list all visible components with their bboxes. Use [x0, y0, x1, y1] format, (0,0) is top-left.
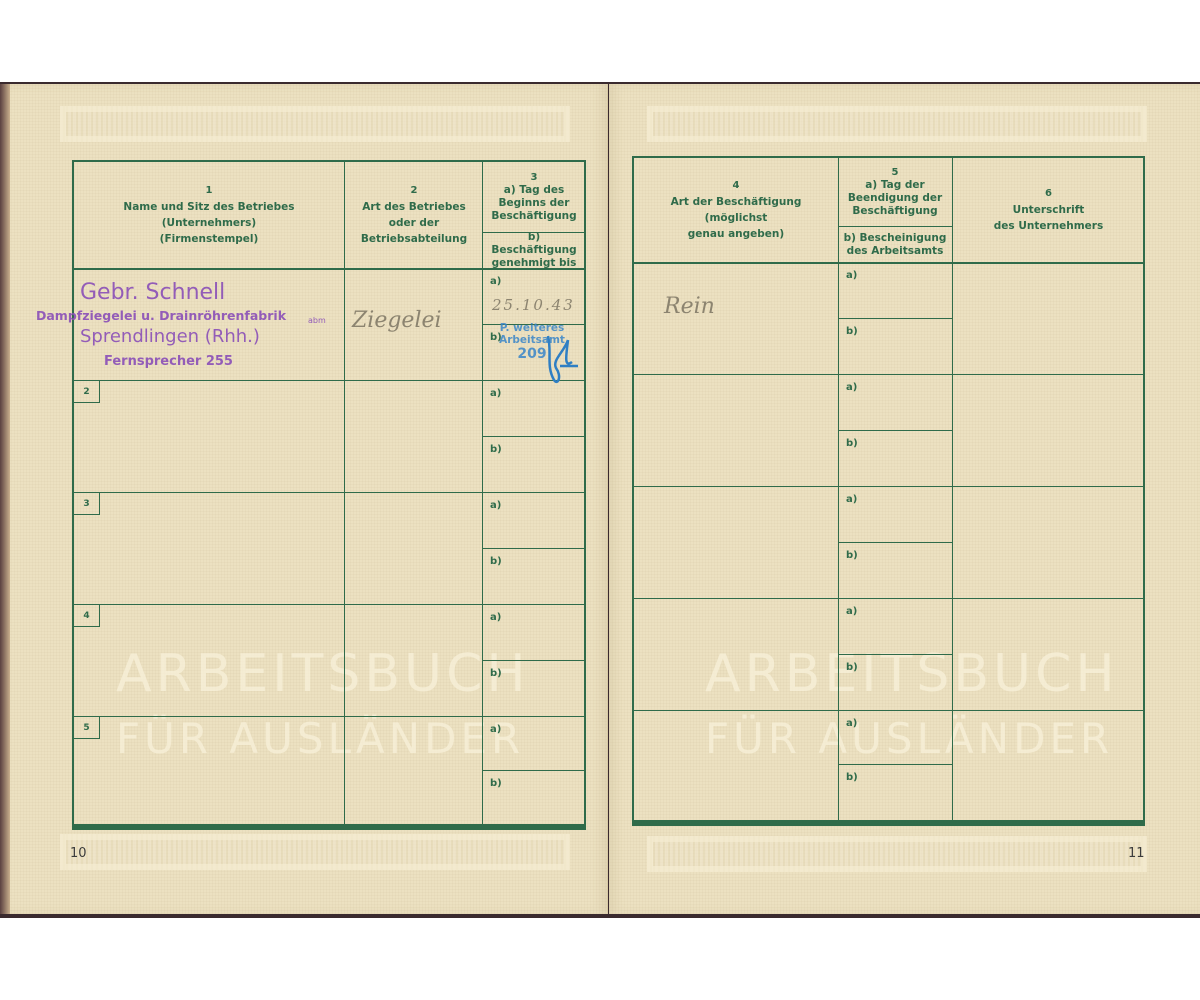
- occupation-handwritten: Rein: [664, 294, 715, 319]
- company-stamp-subtitle: Dampfziegelei u. Drainröhrenfabrik: [36, 308, 286, 323]
- top-decorative-band: [60, 106, 570, 142]
- row-rule: [74, 604, 584, 605]
- row-2-b-label: b): [846, 438, 858, 449]
- column-divider: [838, 158, 839, 820]
- column-divider: [482, 162, 483, 824]
- row-rule: [634, 486, 1143, 487]
- column-5b-header: b) Bescheinigung des Arbeitsamts: [840, 227, 950, 262]
- row-3-b-label: b): [846, 550, 858, 561]
- company-stamp-name: Gebr. Schnell: [80, 280, 225, 305]
- row-3-number: 3: [74, 493, 100, 515]
- row-2-ab-divider: [482, 436, 586, 437]
- column-divider: [344, 162, 345, 824]
- column-1-header: 1 Name und Sitz des Betriebes (Unternehm…: [74, 162, 344, 268]
- row-3-a-label: a): [490, 500, 501, 511]
- row-2-b-label: b): [490, 444, 502, 455]
- row-3-b-label: b): [490, 556, 502, 567]
- column-6-header: 6 Unterschrift des Unternehmers: [954, 158, 1143, 262]
- column-3b-header: b) Beschäftigung genehmigt bis: [484, 233, 584, 268]
- open-workbook: ARBEITSBUCH FÜR AUSLÄNDER 1 Name und Sit…: [0, 82, 1200, 918]
- header-rule: [634, 262, 1143, 264]
- official-initials-signature: [542, 332, 582, 388]
- left-page: ARBEITSBUCH FÜR AUSLÄNDER 1 Name und Sit…: [8, 84, 608, 914]
- row-2-a-label: a): [490, 388, 501, 399]
- row-3-ab-divider: [838, 542, 952, 543]
- table-bottom-rule: [632, 821, 1145, 826]
- row-1-a-label: a): [490, 276, 501, 287]
- row-5-a-label: a): [490, 724, 501, 735]
- column-2-header: 2 Art des Betriebes oder der Betriebsabt…: [346, 162, 482, 268]
- company-stamp-phone: Fernsprecher 255: [104, 354, 233, 369]
- page-number-right: 11: [1128, 846, 1145, 861]
- row-5-b-label: b): [490, 778, 502, 789]
- table-bottom-rule: [72, 825, 586, 830]
- page-number-left: 10: [70, 846, 87, 861]
- row-rule: [634, 598, 1143, 599]
- row-rule: [74, 492, 584, 493]
- row-4-a-label: a): [490, 612, 501, 623]
- row-rule: [634, 374, 1143, 375]
- row-4-a-label: a): [846, 606, 857, 617]
- row-1-ab-divider: [838, 318, 952, 319]
- row-4-b-label: b): [490, 668, 502, 679]
- row-4-ab-divider: [838, 654, 952, 655]
- row-1-b-label: b): [846, 326, 858, 337]
- row-1-a-label: a): [846, 270, 857, 281]
- row-2-number: 2: [74, 381, 100, 403]
- column-3a-header: 3 a) Tag des Beginns der Beschäftigung: [484, 162, 584, 232]
- row-3-ab-divider: [482, 548, 586, 549]
- column-divider: [952, 158, 953, 820]
- bottom-decorative-band: [647, 836, 1147, 872]
- employment-table-right: 4 Art der Beschäftigung (möglichst genau…: [632, 156, 1145, 822]
- row-rule: [74, 380, 584, 381]
- column-5a-header: 5 a) Tag der Beendigung der Beschäftigun…: [840, 158, 950, 226]
- row-5-b-label: b): [846, 772, 858, 783]
- row-3-a-label: a): [846, 494, 857, 505]
- row-5-ab-divider: [482, 770, 586, 771]
- row-5-a-label: a): [846, 718, 857, 729]
- row-rule: [74, 716, 584, 717]
- employment-table-left: 1 Name und Sitz des Betriebes (Unternehm…: [72, 160, 586, 826]
- row-5-ab-divider: [838, 764, 952, 765]
- row-4-ab-divider: [482, 660, 586, 661]
- top-decorative-band: [647, 106, 1147, 142]
- column-4-header: 4 Art der Beschäftigung (möglichst genau…: [634, 158, 838, 262]
- row-4-number: 4: [74, 605, 100, 627]
- row-4-b-label: b): [846, 662, 858, 673]
- company-stamp-overprint: abm: [308, 316, 326, 325]
- start-date-handwritten: 25.10.43: [492, 296, 575, 314]
- row-2-a-label: a): [846, 382, 857, 393]
- row-5-number: 5: [74, 717, 100, 739]
- business-type-handwritten: Ziegelei: [352, 308, 442, 333]
- bottom-decorative-band: [60, 834, 570, 870]
- row-rule: [634, 710, 1143, 711]
- right-page: ARBEITSBUCH FÜR AUSLÄNDER 4 Art der Besc…: [609, 84, 1200, 914]
- row-2-ab-divider: [838, 430, 952, 431]
- company-stamp-location: Sprendlingen (Rhh.): [80, 326, 260, 347]
- header-rule: [74, 268, 584, 270]
